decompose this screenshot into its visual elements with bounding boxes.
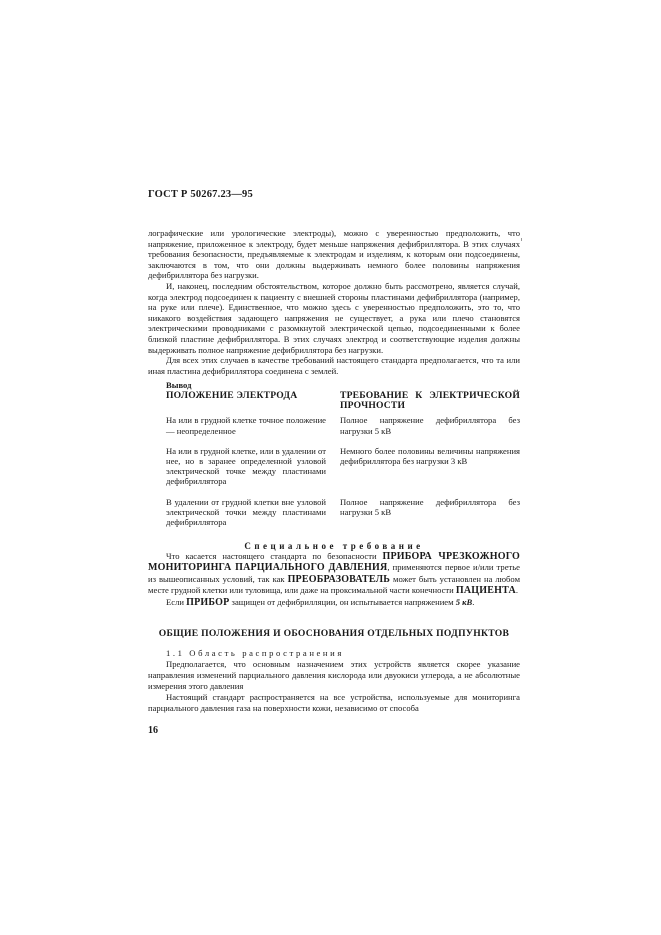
standard-header: ГОСТ Р 50267.23—95 (148, 189, 253, 200)
cell-requirement: Немного более половины величины напряжен… (340, 446, 520, 487)
paragraph: И, наконец, последним обстоятельством, к… (148, 281, 520, 355)
test-voltage-value: 5 кВ (456, 597, 473, 607)
special-requirement-title: Специальное требование (148, 541, 520, 551)
term-patient: ПАЦИЕНТА (456, 585, 516, 596)
cell-position: На или в грудной клетке точное положение… (166, 415, 326, 435)
paragraph: Настоящий стандарт распространяется на в… (148, 692, 520, 714)
paragraph: Предполагается, что основным назначением… (148, 659, 520, 692)
text-run: Если (166, 597, 186, 607)
text-run: . (516, 585, 518, 595)
table-row: На или в грудной клетке точное положение… (166, 415, 520, 435)
text-run: защищен от дефибрилляции, он испытываетс… (229, 597, 455, 607)
text-run: . (472, 597, 474, 607)
section-title: ОБЩИЕ ПОЛОЖЕНИЯ И ОБОСНОВАНИЯ ОТДЕЛЬНЫХ … (148, 628, 520, 639)
table-header: ПОЛОЖЕНИЕ ЭЛЕКТРОДА ТРЕБОВАНИЕ К ЭЛЕКТРИ… (166, 391, 520, 411)
paragraph: Что касается настоящего стандарта по без… (148, 551, 520, 597)
term-device: ПРИБОР (186, 597, 229, 608)
scan-speck (521, 238, 522, 241)
header-electrode-position: ПОЛОЖЕНИЕ ЭЛЕКТРОДА (166, 391, 326, 411)
header-electric-strength: ТРЕБОВАНИЕ К ЭЛЕКТРИЧЕСКОЙ ПРОЧНОСТИ (340, 391, 520, 411)
text-run: Что касается настоящего стандарта по без… (166, 551, 382, 561)
table-row: В удалении от грудной клетки вне узловой… (166, 497, 520, 528)
section-body: Предполагается, что основным назначением… (148, 659, 520, 714)
conclusion-label: Вывод (166, 380, 191, 390)
cell-requirement: Полное напряжение дефибриллятора без наг… (340, 497, 520, 528)
electrode-requirements-table: ПОЛОЖЕНИЕ ЭЛЕКТРОДА ТРЕБОВАНИЕ К ЭЛЕКТРИ… (166, 391, 520, 527)
cell-position: В удалении от грудной клетки вне узловой… (166, 497, 326, 528)
term-transducer: ПРЕОБРАЗОВАТЕЛЬ (288, 574, 390, 585)
paragraph: Если ПРИБОР защищен от дефибрилляции, он… (148, 597, 520, 608)
special-requirement-body: Что касается настоящего стандарта по без… (148, 551, 520, 608)
subsection-title: 1.1 Область распространения (166, 648, 344, 658)
table-row: На или в грудной клетке, или в удалении … (166, 446, 520, 487)
cell-position: На или в грудной клетке, или в удалении … (166, 446, 326, 487)
paragraph: Для всех этих случаев в качестве требова… (148, 355, 520, 376)
cell-requirement: Полное напряжение дефибриллятора без наг… (340, 415, 520, 435)
paragraph: лографические или урологические электрод… (148, 228, 520, 281)
page-number: 16 (148, 725, 158, 736)
body-paragraphs-top: лографические или урологические электрод… (148, 228, 520, 376)
